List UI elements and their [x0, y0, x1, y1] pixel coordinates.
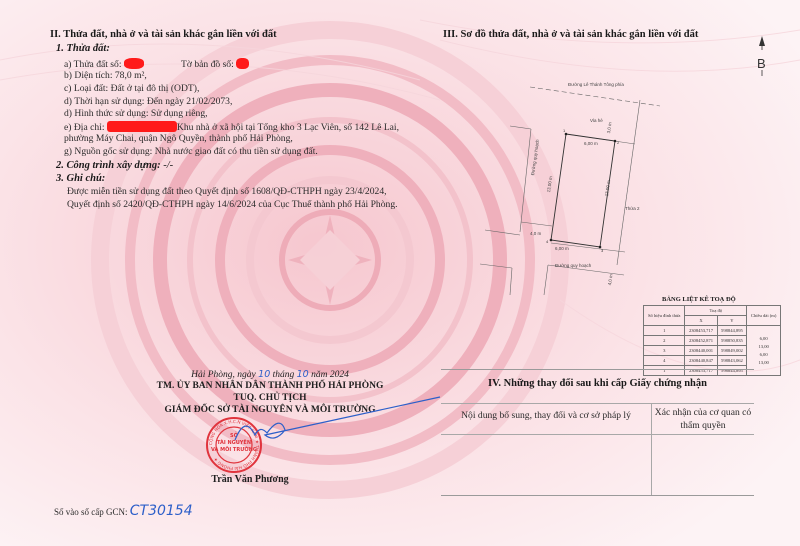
address-label: e) Địa chỉ: — [64, 122, 105, 133]
handwritten-day: 10 — [258, 369, 270, 380]
address-line1: Khu nhà ở xã hội tại Tổng kho 3 Lạc Viên… — [177, 122, 399, 133]
section-iii-title: III. Sơ đồ thửa đất, nhà ở và tài sản kh… — [443, 29, 698, 40]
redaction-mark — [124, 58, 144, 69]
left-road-width: 4,0 m — [530, 231, 541, 236]
col-point: Số hiệu đỉnh thửa — [644, 306, 685, 326]
bottom-edge-length: 6,00 m — [555, 246, 569, 251]
signer-name: Trần Văn Phương — [200, 474, 300, 485]
cell-x: 2308453,717 — [685, 326, 717, 336]
top-edge-length: 6,00 m — [584, 141, 598, 146]
cell-x: 2308452,871 — [685, 336, 717, 346]
cell-point: 4 — [644, 356, 685, 366]
col-coords: Toạ độ — [685, 306, 747, 316]
section-ii-title: II. Thửa đất, nhà ở và tài sản khác gắn … — [50, 29, 277, 40]
neighbor-label: Thửa 2 — [625, 206, 640, 211]
cell-y: 598849,002 — [717, 346, 747, 356]
map-sheet-label: Tờ bản đồ số: — [181, 59, 234, 70]
vertex-label: 2 — [617, 140, 620, 145]
col-y: Y — [717, 316, 747, 326]
cell-y: 598850,835 — [717, 336, 747, 346]
col-length: Chiều dài (m) — [747, 306, 781, 326]
length-value: 13,00 — [749, 359, 778, 367]
parcel-number-label: a) Thửa đất số: — [64, 59, 122, 70]
vertex-label: 3 — [601, 248, 604, 253]
parcel-number-field: a) Thửa đất số: — [64, 58, 144, 70]
road-top-label: Đường Lê Thánh Tông phía — [568, 82, 624, 87]
date-prefix: Hải Phòng, ngày — [191, 370, 256, 380]
divider — [441, 403, 754, 404]
cell-lengths: 6,00 13,00 6,00 13,00 — [747, 326, 781, 376]
signature-scribble — [225, 395, 445, 455]
notes-line1: Được miễn tiền sử dụng đất theo Quyết đị… — [67, 186, 387, 197]
use-form-text: d) Hình thức sử dụng: Sử dụng riêng, — [64, 108, 208, 119]
address-line2: phường Máy Chai, quận Ngô Quyền, thành p… — [64, 133, 293, 144]
cell-y: 598843,062 — [717, 356, 747, 366]
cell-y: 598844,895 — [717, 326, 747, 336]
handwritten-month: 10 — [297, 369, 309, 380]
redaction-mark — [107, 121, 177, 132]
road-bottom-label: Đường quy hoạch — [555, 263, 591, 268]
coord-table: Số hiệu đỉnh thửa Toạ độ Chiều dài (m) X… — [643, 305, 781, 376]
vertex-label: 4 — [546, 239, 549, 244]
cell-x: 2308440,001 — [685, 346, 717, 356]
parcel-map: 1 2 3 4 — [480, 80, 670, 310]
origin-text: g) Nguồn gốc sử dụng: Nhà nước giao đất … — [64, 146, 318, 157]
cell-x: 2308440,847 — [685, 356, 717, 366]
gcn-number: CT30154 — [130, 503, 193, 519]
gcn-label: Số vào sổ cấp GCN: — [54, 507, 128, 517]
north-label: B — [757, 56, 766, 71]
divider — [441, 434, 754, 435]
col-x: X — [685, 316, 717, 326]
notes-line2: Quyết định số 2420/QĐ-CTHPH ngày 14/6/20… — [67, 199, 398, 210]
length-value: 6,00 — [749, 335, 778, 343]
cell-point: 3 — [644, 346, 685, 356]
authority-line1: TM. ỦY BAN NHÂN DÂN THÀNH PHỐ HẢI PHÒNG — [130, 381, 410, 391]
land-type-text: c) Loại đất: Đất ở tại đô thị (ODT), — [64, 83, 199, 94]
land-heading: 1. Thửa đất: — [56, 43, 110, 54]
cell-point: 1 — [644, 326, 685, 336]
cell-point: 2 — [644, 336, 685, 346]
notes-heading: 3. Ghi chú: — [56, 173, 105, 184]
length-value: 13,00 — [749, 343, 778, 351]
map-sheet-field: Tờ bản đồ số: — [181, 58, 249, 70]
changes-section: IV. Những thay đổi sau khi cấp Giấy chứn… — [441, 369, 754, 496]
gcn-number-field: Số vào sổ cấp GCN: CT30154 — [54, 503, 193, 519]
area-text: b) Diện tích: 78,0 m², — [64, 70, 147, 81]
changes-col-content: Nội dung bổ sung, thay đổi và cơ sở pháp… — [441, 410, 651, 421]
changes-title: IV. Những thay đổi sau khi cấp Giấy chứn… — [441, 378, 754, 389]
construction-field: 2. Công trình xây dựng: -/- — [56, 160, 173, 171]
term-text: d) Thời hạn sử dụng: Đến ngày 21/02/2073… — [64, 96, 232, 107]
redaction-mark — [236, 58, 249, 69]
vertex-label: 1 — [563, 128, 566, 133]
signing-date: Hải Phòng, ngày 10 tháng 10 năm 2024 — [150, 369, 390, 380]
changes-col-confirmation: Xác nhận của cơ quan có thẩm quyền — [652, 406, 754, 432]
month-word: tháng — [273, 370, 295, 380]
year-text: năm 2024 — [311, 370, 349, 380]
sidewalk-label: Vỉa hè — [590, 118, 603, 123]
construction-value: -/- — [163, 160, 173, 171]
coord-table-title: BẢNG LIỆT KÊ TOẠ ĐỘ — [662, 296, 736, 303]
address-field: e) Địa chỉ: Khu nhà ở xã hội tại Tổng kh… — [64, 121, 399, 133]
construction-heading: 2. Công trình xây dựng: — [56, 160, 161, 171]
table-row: 1 2308453,717 598844,895 6,00 13,00 6,00… — [644, 326, 781, 336]
length-value: 6,00 — [749, 351, 778, 359]
